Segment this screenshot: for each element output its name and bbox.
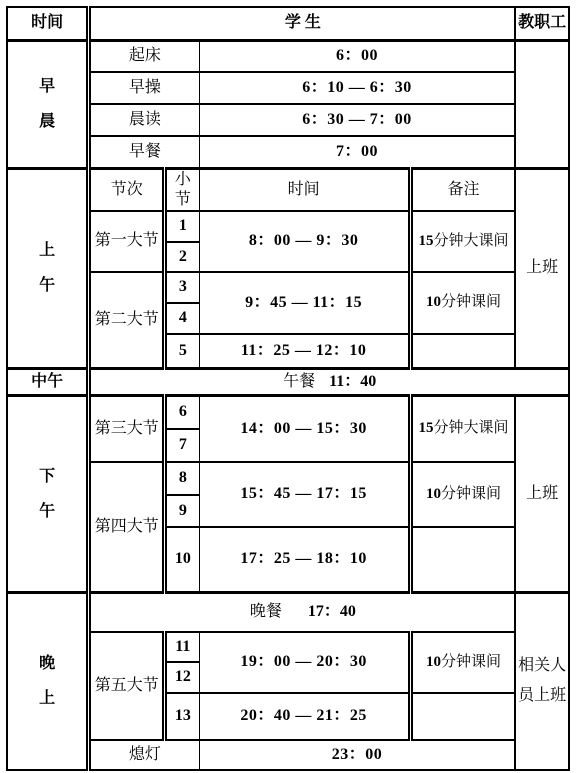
period4-time-10: 17：25 — 18：10	[199, 527, 410, 593]
subheader-time: 时间	[199, 168, 410, 211]
header-cell-staff: 教职工	[515, 7, 569, 40]
header-cell-time: 时间	[7, 7, 89, 40]
dinner-time: 17：40	[308, 603, 356, 620]
lesson-number-4: 4	[165, 303, 199, 334]
period4-remark: 10分钟课间	[410, 462, 515, 527]
section-label-evening: 晚上	[7, 593, 89, 770]
period1-name: 第一大节	[89, 211, 165, 272]
lesson-number-8: 8	[165, 462, 199, 495]
period2-remark: 10分钟课间	[410, 272, 515, 334]
period5-time-1112: 19：00 — 20：30	[199, 632, 410, 693]
time-reading: 6：30 — 7：00	[199, 104, 515, 136]
period3-remark: 15分钟大课间	[410, 396, 515, 462]
time-lights-out: 23：00	[199, 740, 515, 770]
staff-cell-forenoon: 上班	[515, 168, 569, 369]
period2-time-34: 9：45 — 11：15	[199, 272, 410, 334]
lesson-number-3: 3	[165, 272, 199, 303]
period2-remark-5-empty	[410, 334, 515, 369]
time-breakfast: 7：00	[199, 136, 515, 168]
period3-time: 14：00 — 15：30	[199, 396, 410, 462]
school-timetable: 时间 学 生 教职工 早晨 起床 6：00 早操 6：10 — 6：30 晨读 …	[6, 6, 570, 771]
period5-remark-13-empty	[410, 693, 515, 740]
subheader-remark: 备注	[410, 168, 515, 211]
period5-remark: 10分钟课间	[410, 632, 515, 693]
activity-lights-out: 熄灯	[89, 740, 199, 770]
activity-reading: 晨读	[89, 104, 199, 136]
activity-exercise: 早操	[89, 72, 199, 104]
lesson-number-9: 9	[165, 495, 199, 527]
time-wakeup: 6：00	[199, 40, 515, 72]
period5-time-13: 20：40 — 21：25	[199, 693, 410, 740]
staff-cell-evening: 相关人员上班	[515, 593, 569, 770]
activity-breakfast: 早餐	[89, 136, 199, 168]
lesson-number-12: 12	[165, 662, 199, 693]
period5-name: 第五大节	[89, 632, 165, 740]
period2-time-5: 11：25 — 12：10	[199, 334, 410, 369]
lesson-number-7: 7	[165, 429, 199, 462]
activity-wakeup: 起床	[89, 40, 199, 72]
lunch-label: 午餐	[283, 373, 315, 390]
header-cell-student: 学 生	[89, 7, 516, 40]
period1-remark: 15分钟大课间	[410, 211, 515, 272]
lesson-number-13: 13	[165, 693, 199, 740]
period4-time-89: 15：45 — 17：15	[199, 462, 410, 527]
lesson-number-6: 6	[165, 396, 199, 429]
dinner-label: 晚餐	[250, 603, 282, 620]
period2-name: 第二大节	[89, 272, 165, 369]
lesson-number-2: 2	[165, 242, 199, 272]
noon-lunch-cell: 午餐11：40	[89, 369, 569, 396]
subheader-lesson: 小节	[165, 168, 199, 211]
section-label-noon: 中午	[7, 369, 89, 396]
lesson-number-1: 1	[165, 211, 199, 242]
period3-name: 第三大节	[89, 396, 165, 462]
period4-name: 第四大节	[89, 462, 165, 593]
lesson-number-5: 5	[165, 334, 199, 369]
section-label-afternoon: 下午	[7, 396, 89, 593]
staff-cell-afternoon: 上班	[515, 396, 569, 593]
time-exercise: 6：10 — 6：30	[199, 72, 515, 104]
section-label-forenoon: 上午	[7, 168, 89, 369]
period4-remark-10-empty	[410, 527, 515, 593]
lesson-number-11: 11	[165, 632, 199, 662]
subheader-period: 节次	[89, 168, 165, 211]
evening-dinner-cell: 晚餐17：40	[89, 593, 516, 632]
section-label-morning: 早晨	[7, 40, 89, 168]
staff-cell-morning	[515, 40, 569, 168]
period1-time: 8：00 — 9：30	[199, 211, 410, 272]
lesson-number-10: 10	[165, 527, 199, 593]
lunch-time: 11：40	[329, 373, 376, 390]
